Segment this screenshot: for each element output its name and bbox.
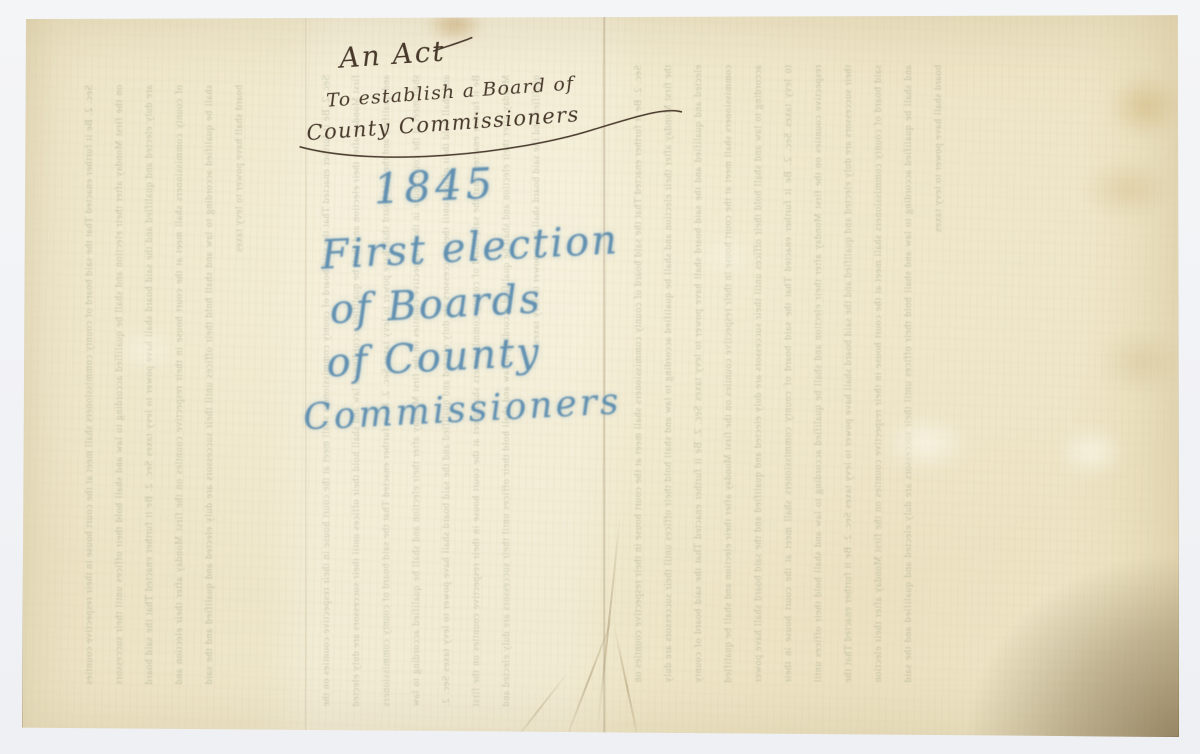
pencil-line1: First election	[319, 217, 620, 279]
worn-spot	[1056, 426, 1126, 478]
pencil-line3: of County	[325, 329, 542, 386]
document-paper: Sec. 2. Be it further enacted That the s…	[22, 14, 1179, 737]
bleed-text-run: Sec. 2. Be it further enacted That the s…	[693, 65, 794, 683]
pencil-year: 1845	[372, 159, 497, 214]
worn-spot	[114, 328, 178, 372]
docket-handwriting: An Act To establish a Board of County Co…	[280, 10, 700, 430]
docket-title-line1: An Act	[335, 34, 446, 75]
bleed-text-run: Sec. 2. Be it further enacted That the s…	[144, 85, 245, 685]
worn-spot	[698, 236, 754, 276]
corner-shadow-bottom-right	[919, 512, 1179, 737]
bleedthrough-left-panel: Sec. 2. Be it further enacted That the s…	[75, 85, 307, 685]
worn-spot	[880, 412, 972, 474]
stain-right-mid	[1084, 160, 1170, 218]
pencil-docket: 1845 First election of Boards of County …	[290, 152, 628, 439]
ink-docket: An Act To establish a Board of County Co…	[292, 18, 683, 165]
stain-right-upper	[1108, 74, 1182, 138]
photo-background: Sec. 2. Be it further enacted That the s…	[0, 0, 1200, 754]
stain-right-lower	[1098, 330, 1184, 394]
pencil-line2: of Boards	[329, 276, 543, 333]
